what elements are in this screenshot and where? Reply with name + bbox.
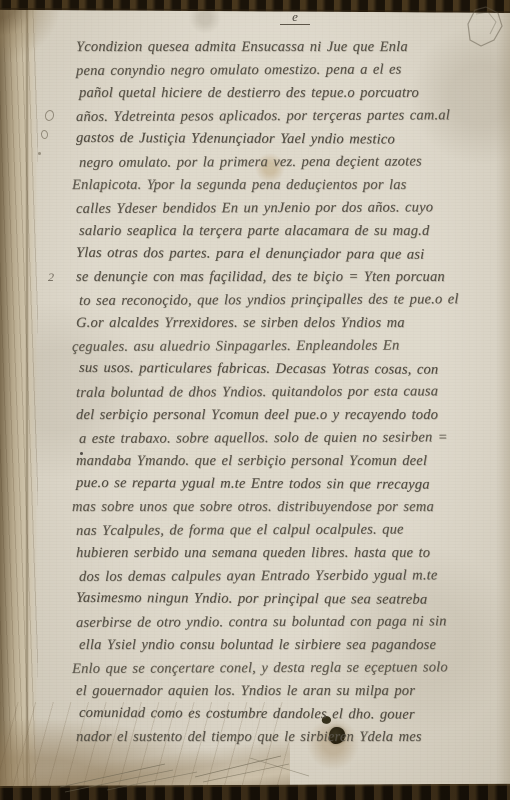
- manuscript-text-block: Ycondizion quesea admita Ensucassa ni Ju…: [76, 36, 508, 749]
- manuscript-line: mas sobre unos que sobre otros. distribu…: [72, 496, 508, 519]
- manuscript-line: sus usos. particulares fabricas. Decasas…: [79, 357, 508, 382]
- manuscript-line: Ycondizion quesea admita Ensucassa ni Ju…: [76, 36, 508, 59]
- margin-flourish-icon: [38, 152, 41, 155]
- book-spine-edge: [0, 0, 38, 800]
- margin-flourish-icon: [40, 130, 48, 140]
- scratch-marks-icon: [45, 742, 330, 794]
- manuscript-line: el gouernador aquien los. Yndios le aran…: [76, 680, 508, 703]
- manuscript-line: Enlapicota. Ypor la segunda pena deduçie…: [72, 174, 508, 197]
- manuscript-line: Ylas otras dos partes. para el denunçiad…: [76, 242, 508, 267]
- manuscript-line: a este trabaxo. sobre aquellos. solo de …: [79, 426, 508, 451]
- manuscript-line: Yasimesmo ningun Yndio. por prinçipal qu…: [76, 587, 508, 612]
- manuscript-line: comunidad como es costumbre dandoles el …: [79, 702, 508, 727]
- manuscript-line: negro omulato. por la primera vez. pena …: [79, 150, 508, 175]
- manuscript-line: del serbiçio personal Ycomun deel pue.o …: [76, 404, 508, 427]
- margin-flourish-icon: [44, 109, 55, 122]
- manuscript-line: pañol quetal hiciere de destierro des te…: [79, 82, 508, 105]
- manuscript-line: pena conyndio negro omulato omestizo. pe…: [76, 58, 508, 83]
- manuscript-line: Enlo que se conçertare conel, y desta re…: [72, 656, 508, 681]
- superscript-mark-above-text: e: [280, 9, 310, 25]
- manuscript-line: años. Ydetreinta pesos aplicados. por te…: [76, 104, 508, 129]
- manuscript-line: calles Ydeser bendidos En un ynJenio por…: [76, 196, 508, 221]
- margin-folio-numeral: 2: [48, 270, 54, 285]
- manuscript-line: G.or alcaldes Yrrexidores. se sirben del…: [76, 312, 508, 335]
- manuscript-line: mandaba Ymando. que el serbiçio personal…: [76, 450, 508, 473]
- binding-corner-top-left: [0, 0, 84, 92]
- manuscript-page-scan: e 2 Ycondizion quesea admita Ensucassa n…: [0, 0, 510, 800]
- manuscript-line: dos los demas calpules ayan Entrado Yser…: [79, 564, 508, 589]
- manuscript-line: se denunçie con mas façilidad, des te bi…: [76, 266, 508, 289]
- manuscript-line: hubieren serbido una semana queden libre…: [76, 542, 508, 565]
- manuscript-line: nas Ycalpules, de forma que el calpul oc…: [76, 518, 508, 543]
- manuscript-line: trala boluntad de dhos Yndios. quitandol…: [76, 380, 508, 405]
- manuscript-line: to sea reconoçido, que los yndios prinçi…: [79, 288, 508, 313]
- spine-crease-line: [26, 0, 28, 800]
- manuscript-line: salario seaplica la terçera parte alacam…: [79, 220, 508, 243]
- manuscript-line: aserbirse de otro yndio. contra su bolun…: [76, 610, 508, 635]
- manuscript-line: pue.o se reparta ygual m.te Entre todos …: [76, 472, 508, 497]
- manuscript-line: nador el sustento del tiempo que le sirb…: [76, 726, 508, 749]
- manuscript-line: çeguales. asu aluedrio Sinpagarles. Enpl…: [72, 334, 508, 359]
- manuscript-line: gastos de Justiçia Ydenunçiador Yael ynd…: [76, 127, 508, 152]
- manuscript-line: ella Ysiel yndio consu boluntad le sirbi…: [79, 634, 508, 657]
